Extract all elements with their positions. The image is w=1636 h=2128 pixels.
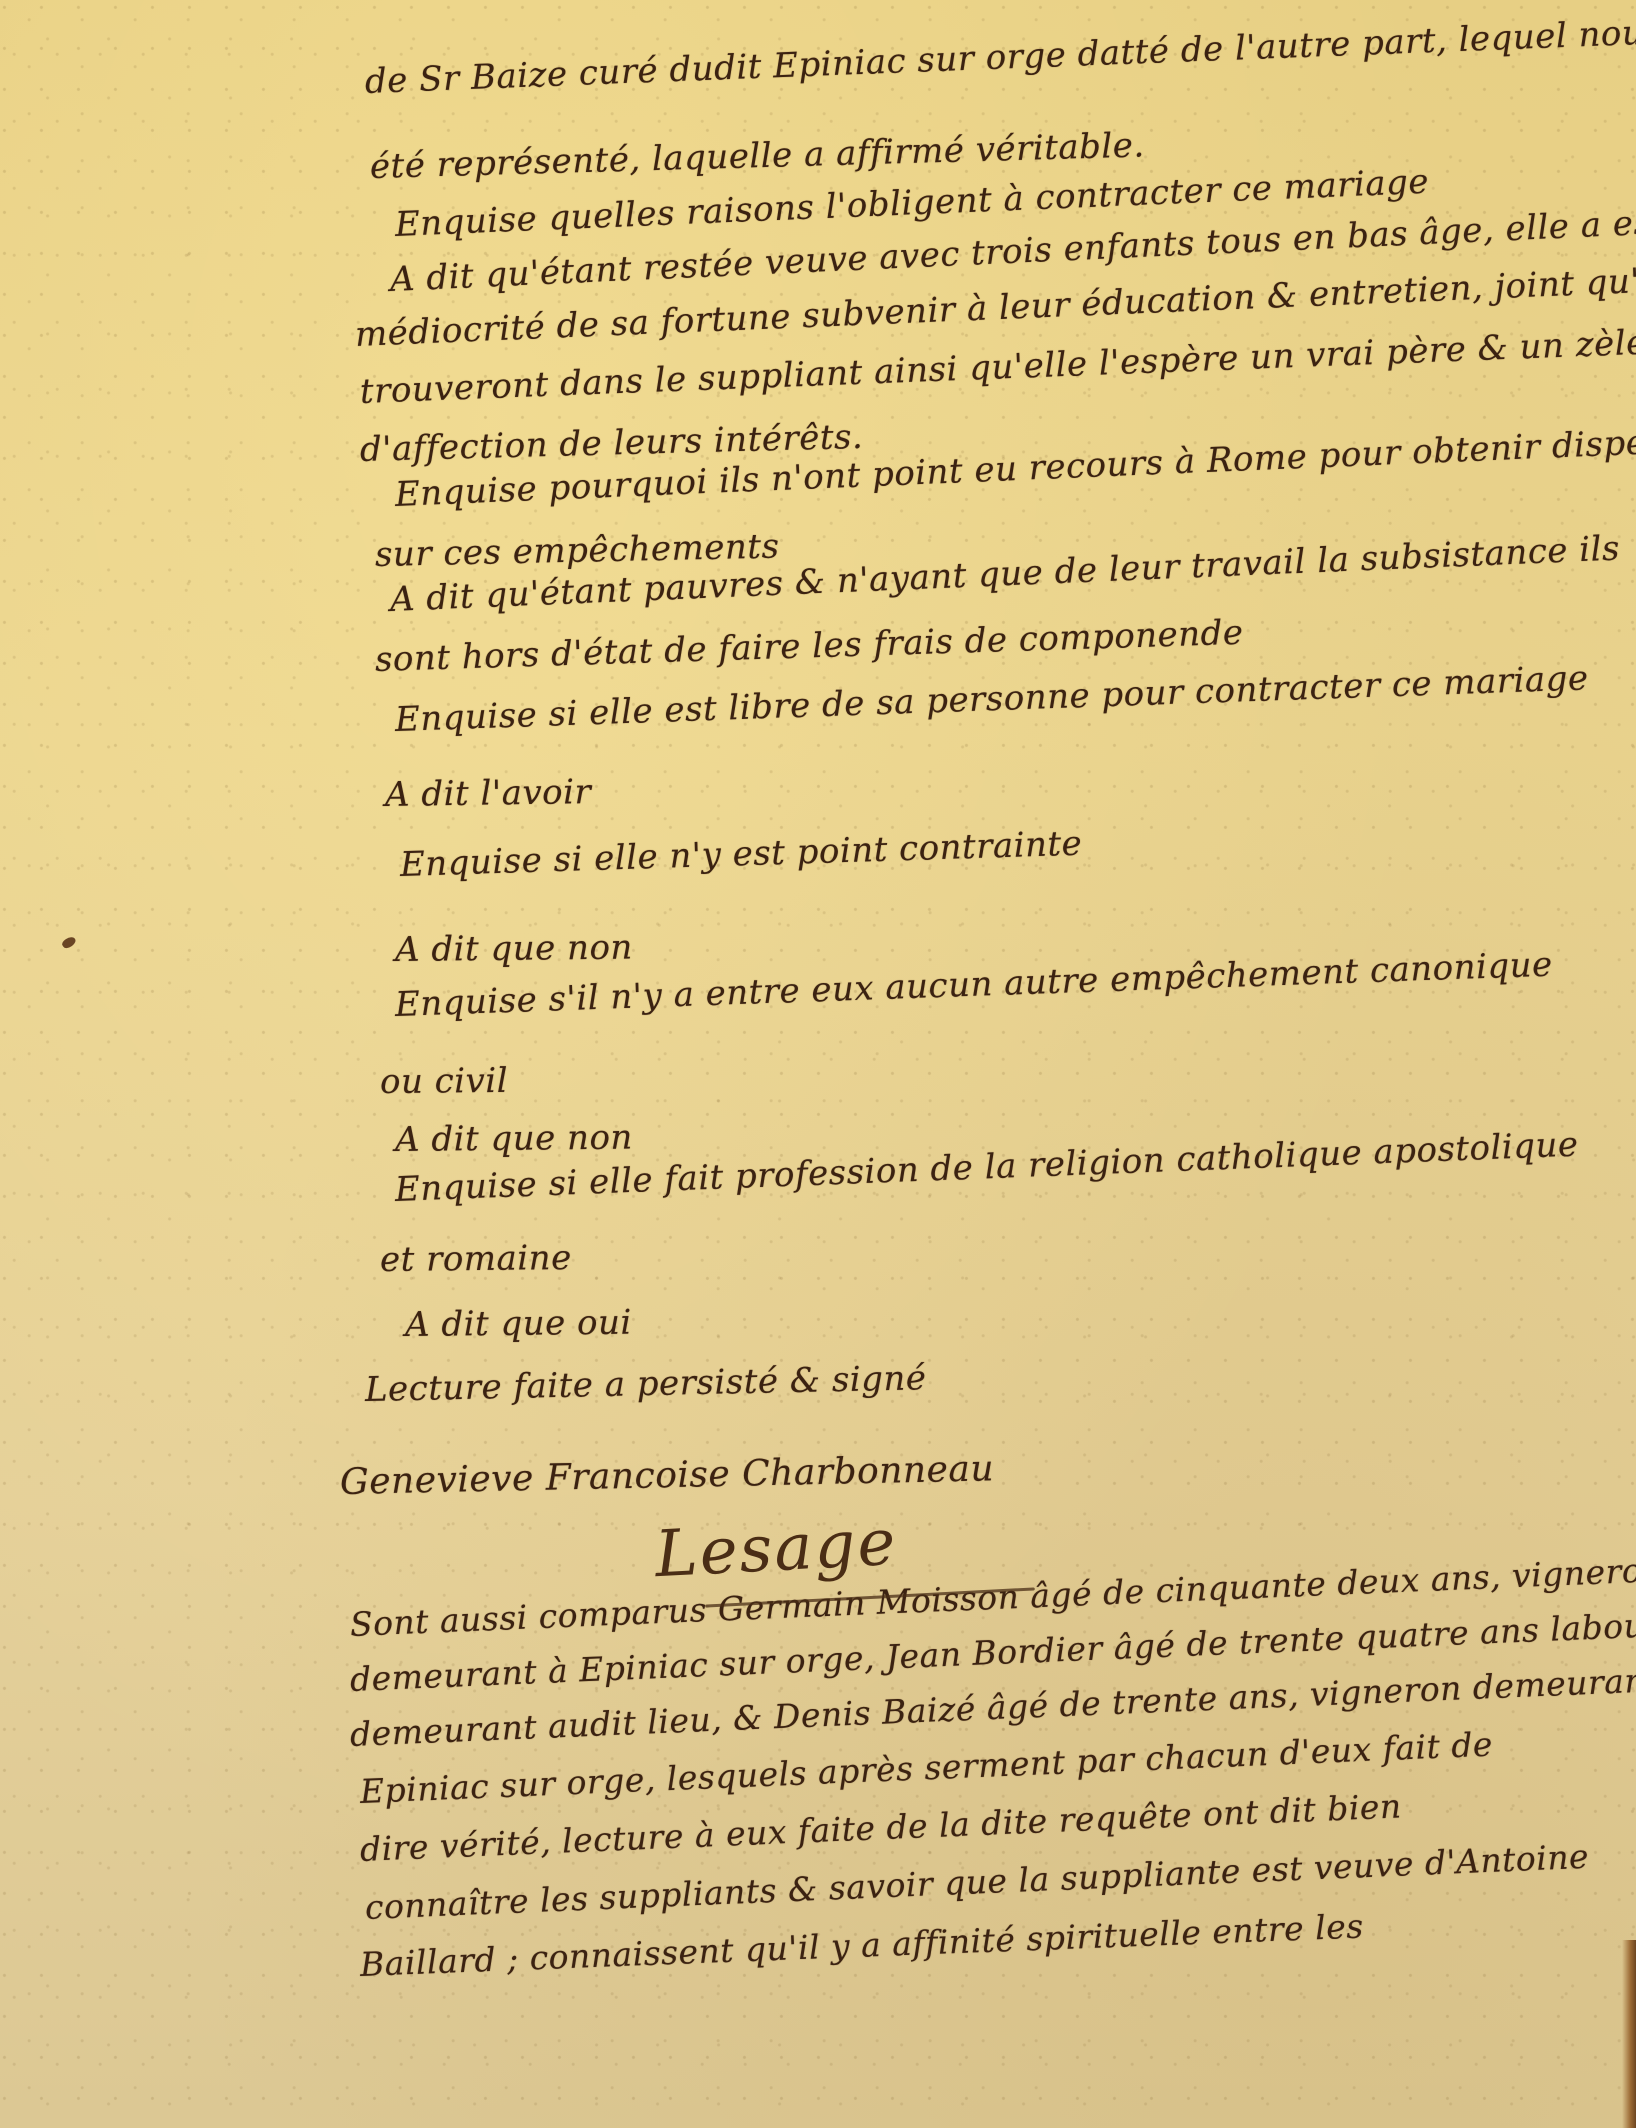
manuscript-line: A dit que non <box>395 928 633 970</box>
manuscript-line: A dit que non <box>395 1118 633 1160</box>
manuscript-line: Genevieve Francoise Charbonneau <box>340 1448 995 1503</box>
signature-lesage: Lesage <box>653 1506 899 1593</box>
manuscript-line: A dit l'avoir <box>385 772 592 815</box>
manuscript-page: de Sr Baize curé dudit Epiniac sur orge … <box>0 0 1636 2128</box>
manuscript-line: Enquise si elle n'y est point contrainte <box>399 824 1082 885</box>
manuscript-line: et romaine <box>380 1238 572 1280</box>
manuscript-line: sont hors d'état de faire les frais de c… <box>374 613 1244 680</box>
manuscript-line: A dit que oui <box>405 1303 632 1345</box>
manuscript-line: ou civil <box>380 1061 508 1102</box>
margin-ink-mark <box>61 935 78 950</box>
manuscript-line: Lecture faite a persisté & signé <box>365 1358 927 1410</box>
page-edge <box>1622 1940 1636 2128</box>
manuscript-line: de Sr Baize curé dudit Epiniac sur orge … <box>364 11 1636 102</box>
